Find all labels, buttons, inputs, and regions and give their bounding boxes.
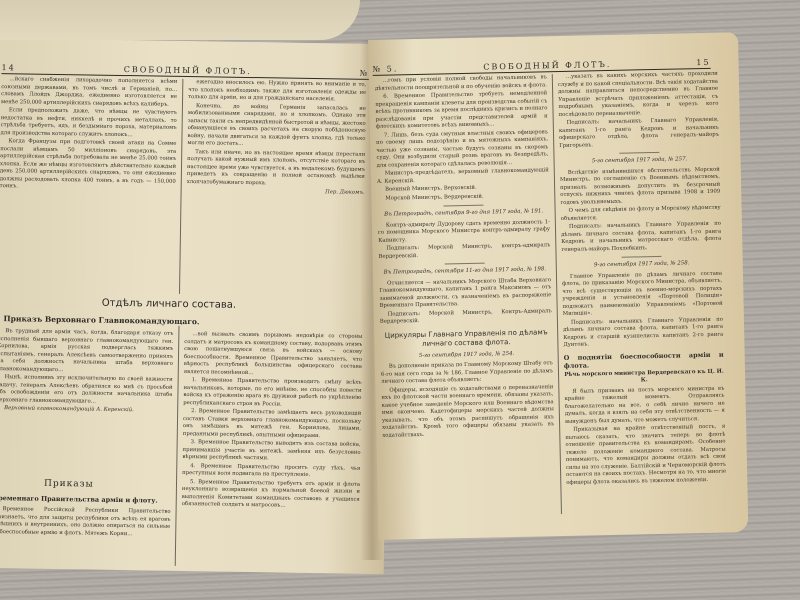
curled-page-corner — [0, 0, 360, 40]
order-signature: Верховный главнокомандующій А. Керенскій… — [0, 405, 172, 415]
paragraph: Такъ или иначе, но въ настоящее время нѣ… — [187, 149, 366, 189]
article-signature: Пер. Дюкомъ. — [187, 187, 365, 197]
paragraph: …йскаго снабженія лихорадочно пополняетс… — [1, 76, 177, 109]
paragraph: 3. Временное Правительство выводитъ изъ … — [182, 439, 360, 464]
speech-subheading: Рѣчь морского министра Вердеревскаго къ … — [564, 368, 724, 386]
right-page: № 5. СВОБОДНЫЙ ФЛОТЪ. 15 …гомъ при услов… — [368, 32, 748, 540]
newspaper-title-right: СВОБОДНЫЙ ФЛОТЪ. — [483, 60, 611, 72]
separator-rule — [619, 152, 659, 154]
left-col1-article: …йскаго снабженія лихорадочно пополняетс… — [0, 76, 177, 194]
right-col1: …гомъ при условіи полной свободы начальн… — [375, 74, 555, 441]
orders-subheading: Временнаго Правительства арміи и флоту. — [0, 494, 158, 505]
paragraph: Офицеры, исходящіе съ ходатайствами о пе… — [381, 384, 554, 440]
paragraph: Въ дополненіе приказа по Главному Морско… — [381, 360, 553, 386]
paragraph: 6. Временное Правительство требуетъ неме… — [375, 90, 548, 131]
separator-rule — [443, 205, 483, 207]
circulars-heading: Циркуляры Главнаго Управленія по дѣламъ … — [380, 328, 552, 350]
paragraph: Главное Управленіе по дѣламъ личнаго сос… — [562, 270, 723, 318]
dateline: 5-го сентября 1917 года, № 257. — [560, 156, 720, 167]
right-col2: …указать въ какихъ морскихъ частяхъ прох… — [558, 71, 727, 488]
column-divider — [175, 326, 180, 566]
left-col2-order-continued: …вой вызвалъ своимъ порывомъ недовѣрія с… — [182, 331, 363, 512]
paragraph: Подписалъ: начальникъ Главнаго Управлені… — [561, 221, 722, 254]
separator-rule — [622, 256, 662, 258]
combat-readiness-heading: О поднятіи боеспособности арміи и флота. — [564, 350, 724, 369]
paragraph: Когда Французы при подготовкѣ своей атак… — [0, 138, 176, 193]
paragraph: 2. Временное Правительство замѣщаетъ вес… — [183, 408, 361, 441]
paragraph: 5. Временное Правительство требуетъ отъ … — [182, 478, 360, 511]
dateline: Въ Петроградѣ, сентября 11-го дня 1917 г… — [379, 266, 551, 277]
paragraph: ежегодно вносилось ею. Нужно принять во … — [188, 79, 366, 104]
dateline: 5-го сентября 1917 года, № 254. — [381, 350, 553, 361]
paragraph: Контръ-адмиралу Дудорову сдать временно … — [378, 219, 550, 245]
left-page-number: 14 — [1, 63, 15, 72]
paragraph: Подписалъ: начальникъ Главнаго Управлені… — [563, 316, 724, 349]
left-page: 14 СВОБОДНЫЙ ФЛОТЪ. № 5. …йскаго снабжен… — [0, 38, 392, 574]
paragraph: Я былъ призванъ на постъ морского минист… — [564, 385, 725, 426]
orders-heading: Приказы — [44, 479, 94, 490]
newspaper-title-left: СВОБОДНЫЙ ФЛОТЪ. — [124, 65, 252, 76]
paragraph: Отчисляется — начальникъ Морского Штаба … — [379, 277, 552, 311]
paragraph: 7. Лишь, безъ суда смутныя властныя свои… — [376, 129, 549, 170]
paragraph: 1. Временное Правительство производитъ с… — [183, 377, 361, 410]
left-col2-article: ежегодно вносилось ею. Нужно принять во … — [187, 79, 367, 198]
paragraph: Вслѣдствіе измѣнившихся обстоятельствъ М… — [560, 166, 721, 207]
paragraph: 4. Временное Правительство проситъ суду … — [182, 462, 360, 480]
paragraph: Нынѣ, исполнивъ эту исключительную по св… — [0, 374, 173, 407]
right-issue-number: № 5. — [373, 64, 399, 74]
left-col1-order: Въ трудный для арміи часъ, когда, благод… — [0, 328, 173, 416]
separator-rule — [445, 263, 485, 265]
right-page-number: 15 — [696, 58, 710, 67]
paragraph: Если предположить даже, что нѣмцы не чув… — [0, 107, 176, 140]
paragraph: …указать въ какихъ морскихъ частяхъ прох… — [558, 71, 719, 119]
column-divider — [179, 79, 183, 294]
section-heading-personnel: Отдѣлъ личнаго состава. — [102, 298, 236, 311]
paragraph: Приказывая на крайне отвѣтственный постъ… — [565, 424, 726, 487]
signature-line: Подписалъ: Морской Министръ, Контръ-Адми… — [380, 308, 552, 327]
paragraph: Въ трудный для арміи часъ, когда, благод… — [0, 328, 173, 376]
signature-line: Подписалъ: Морской Министръ, контръ-адми… — [378, 242, 550, 261]
paragraph: Временное Россійской Республики Правител… — [0, 506, 171, 539]
paragraph: …вой вызвалъ своимъ порывомъ недовѣрія с… — [184, 331, 363, 379]
dateline: 9-го сентября 1917 года, № 258. — [562, 260, 722, 271]
dateline: Въ Петроградѣ, сентября 9-го дня 1917 го… — [378, 208, 550, 219]
paragraph: Подписалъ: начальникъ Главнаго Управлені… — [559, 117, 720, 150]
order-heading: Приказъ Верховнаго Главнокомандующаго. — [4, 314, 200, 326]
paragraph: Конечно, до войны Германія запасалась не… — [187, 103, 366, 151]
left-col1-orders-text: Временное Россійской Республики Правител… — [0, 506, 171, 540]
